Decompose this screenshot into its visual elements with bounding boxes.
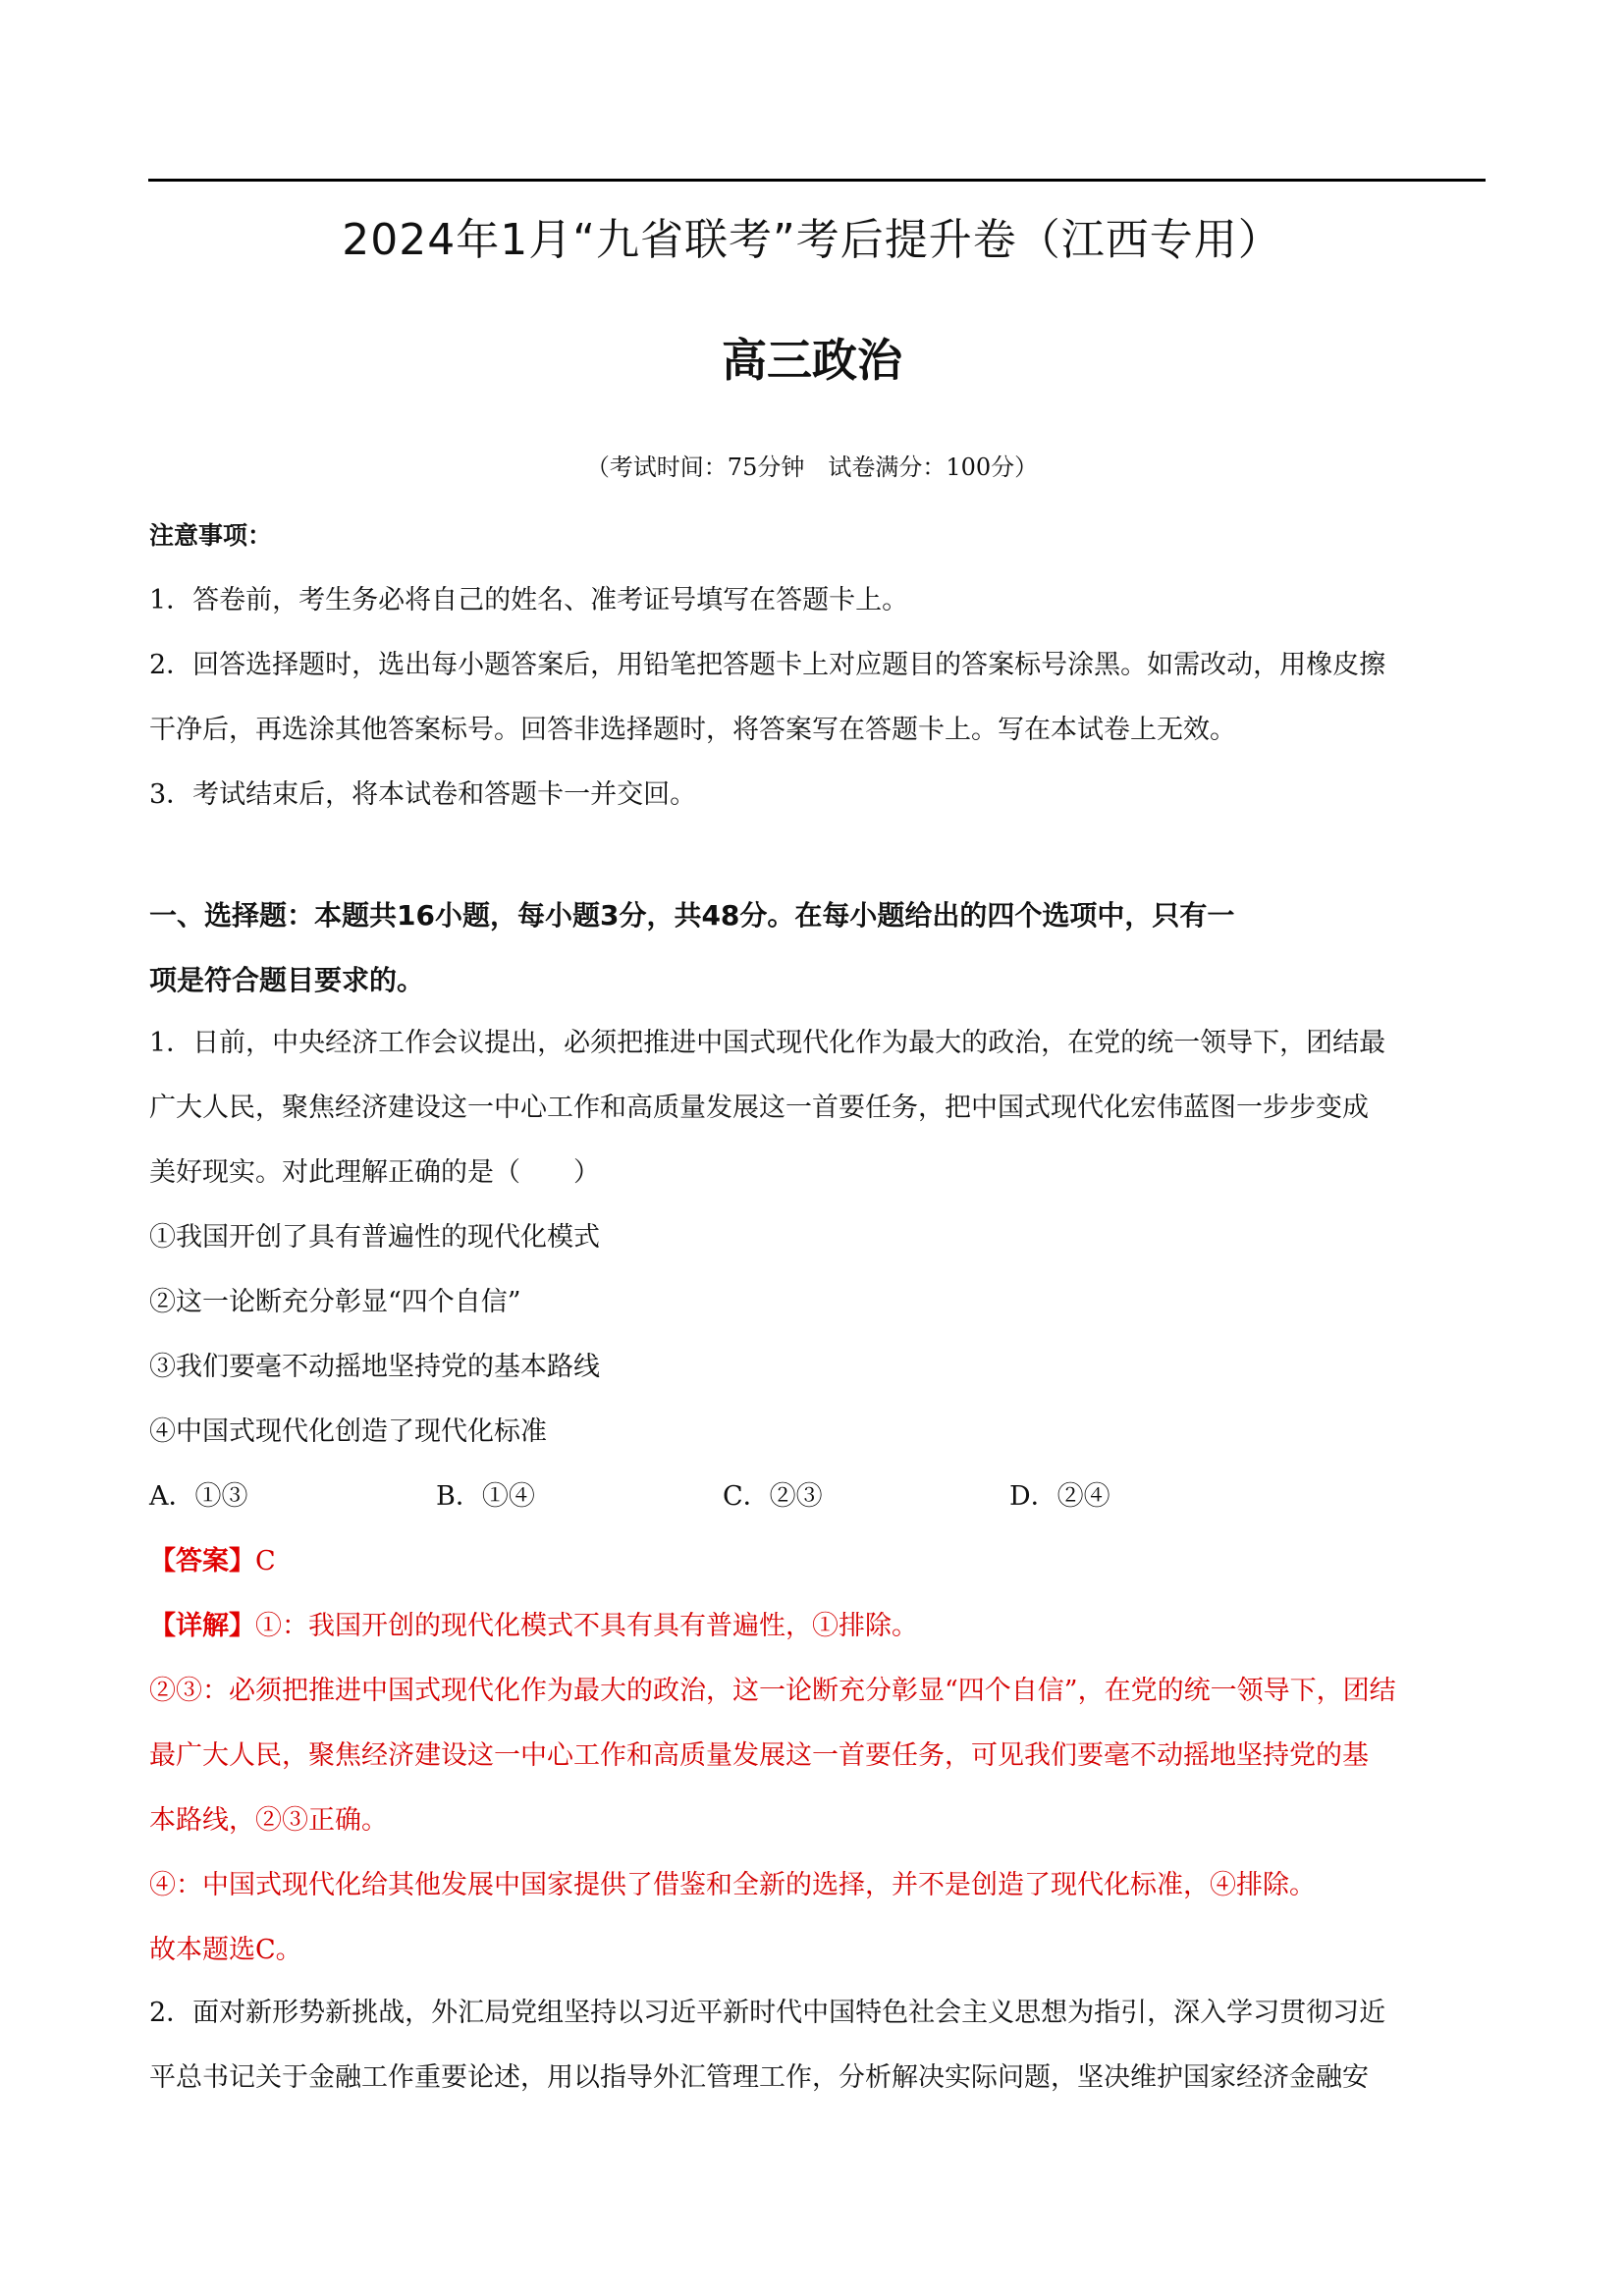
section-heading-line: 一、选择题：本题共16小题，每小题3分，共48分。在每小题给出的四个选项中，只有… xyxy=(149,883,1487,948)
notice-item: 3．考试结束后，将本试卷和答题卡一并交回。 xyxy=(149,763,1487,828)
answer-label: 【答案】 xyxy=(149,1546,255,1576)
notice-section: 注意事项： 1．答卷前，考生务必将自己的姓名、准考证号填写在答题卡上。 2．回答… xyxy=(149,504,1487,828)
option-a: A．①③ xyxy=(149,1465,436,1529)
question-stem: 1．日前，中央经济工作会议提出，必须把推进中国式现代化作为最大的政治，在党的统一… xyxy=(149,1011,1487,1076)
question-stem: 广大人民，聚焦经济建设这一中心工作和高质量发展这一首要任务，把中国式现代化宏伟蓝… xyxy=(149,1076,1487,1141)
explanation-line: 本路线，②③正确。 xyxy=(149,1789,1487,1853)
option-c: C．②③ xyxy=(723,1465,1009,1529)
question-stem: 平总书记关于金融工作重要论述，用以指导外汇管理工作，分析解决实际问题，坚决维护国… xyxy=(149,2046,1487,2110)
section-heading-line: 项是符合题目要求的。 xyxy=(149,948,1487,1013)
answer-line: 【答案】C xyxy=(149,1529,1487,1594)
options-row: A．①③ B．①④ C．②③ D．②④ xyxy=(149,1465,1487,1529)
notice-item: 2．回答选择题时，选出每小题答案后，用铅笔把答题卡上对应题目的答案标号涂黑。如需… xyxy=(149,633,1487,698)
question-2: 2．面对新形势新挑战，外汇局党组坚持以习近平新时代中国特色社会主义思想为指引，深… xyxy=(149,1981,1487,2110)
notice-item: 干净后，再选涂其他答案标号。回答非选择题时，将答案写在答题卡上。写在本试卷上无效… xyxy=(149,698,1487,763)
explanation-label: 【详解】 xyxy=(149,1611,255,1641)
explanation-line: ④：中国式现代化给其他发展中国家提供了借鉴和全新的选择，并不是创造了现代化标准，… xyxy=(149,1853,1487,1918)
question-1: 1．日前，中央经济工作会议提出，必须把推进中国式现代化作为最大的政治，在党的统一… xyxy=(149,1011,1487,1983)
statement: ③我们要毫不动摇地坚持党的基本路线 xyxy=(149,1335,1487,1400)
header-rule xyxy=(148,179,1486,182)
explanation-line: 最广大人民，聚焦经济建设这一中心工作和高质量发展这一首要任务，可见我们要毫不动摇… xyxy=(149,1724,1487,1789)
explanation-line: 故本题选C。 xyxy=(149,1918,1487,1983)
statement: ②这一论断充分彰显“四个自信” xyxy=(149,1270,1487,1335)
option-b: B．①④ xyxy=(436,1465,723,1529)
subject-title: 高三政治 xyxy=(0,331,1624,390)
explanation-line: ②③：必须把推进中国式现代化作为最大的政治，这一论断充分彰显“四个自信”，在党的… xyxy=(149,1659,1487,1724)
statement: ④中国式现代化创造了现代化标准 xyxy=(149,1400,1487,1465)
question-stem: 美好现实。对此理解正确的是（ ） xyxy=(149,1141,1487,1205)
notice-item: 1．答卷前，考生务必将自己的姓名、准考证号填写在答题卡上。 xyxy=(149,568,1487,633)
exam-title: 2024年1月“九省联考”考后提升卷（江西专用） xyxy=(0,211,1624,270)
answer-value: C xyxy=(255,1546,276,1576)
exam-meta: （考试时间：75分钟 试卷满分：100分） xyxy=(0,450,1624,485)
explanation-line: 【详解】①：我国开创的现代化模式不具有具有普遍性，①排除。 xyxy=(149,1594,1487,1659)
statement: ①我国开创了具有普遍性的现代化模式 xyxy=(149,1205,1487,1270)
question-stem: 2．面对新形势新挑战，外汇局党组坚持以习近平新时代中国特色社会主义思想为指引，深… xyxy=(149,1981,1487,2046)
option-d: D．②④ xyxy=(1009,1465,1296,1529)
section-1-heading: 一、选择题：本题共16小题，每小题3分，共48分。在每小题给出的四个选项中，只有… xyxy=(149,883,1487,1013)
notice-heading: 注意事项： xyxy=(149,504,1487,568)
explanation-text: ①：我国开创的现代化模式不具有具有普遍性，①排除。 xyxy=(255,1611,918,1641)
